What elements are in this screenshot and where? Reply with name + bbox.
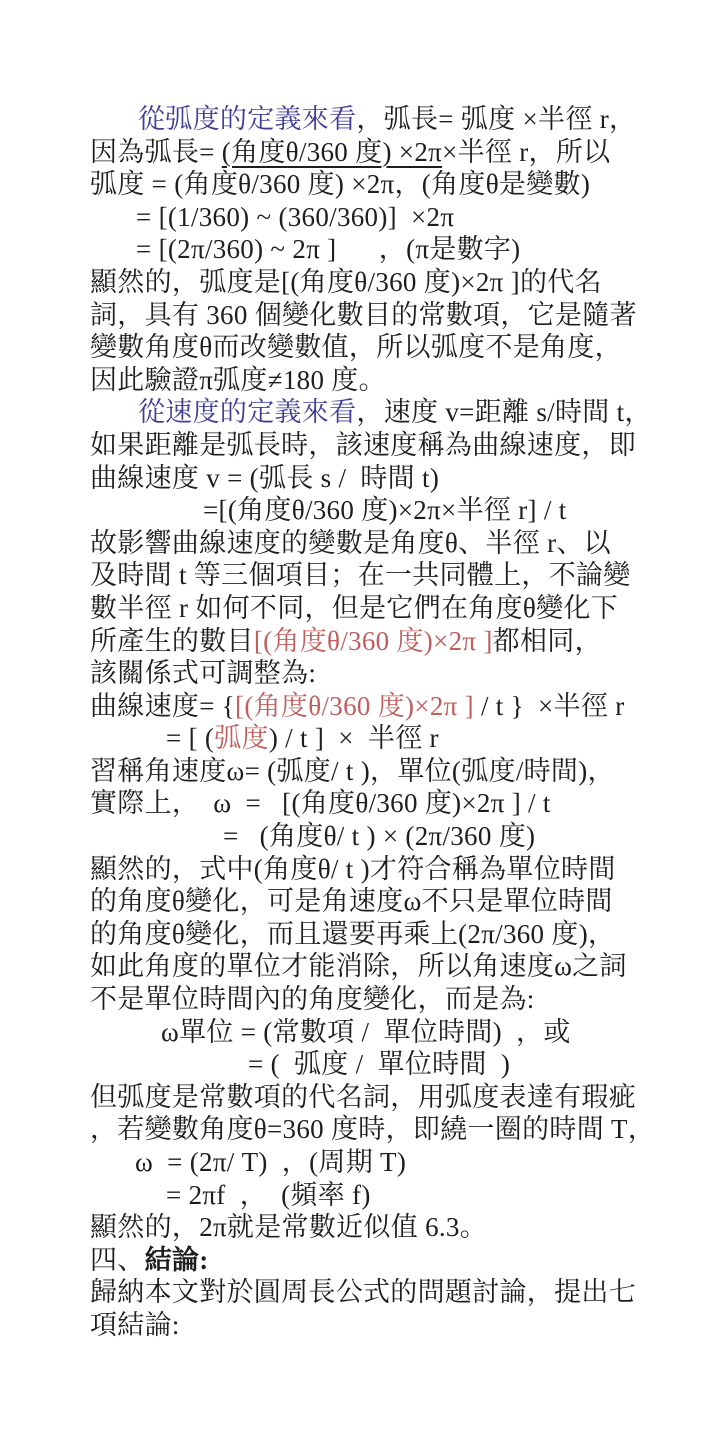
text-line: 因為弧長= (角度θ/360 度) ×2π×半徑 r，所以 xyxy=(90,136,670,169)
text-segment: 及時間 t 等三個項目；在一共同體上，不論變 xyxy=(90,560,631,590)
text-segment: ) / t ] × 半徑 r xyxy=(269,723,439,753)
text-line: 四、結論: xyxy=(90,1244,670,1277)
text-segment: 曲線速度 v = (弧長 s / 時間 t) xyxy=(90,463,439,493)
text-segment: ω = (2π/ T) ，(周期 T) xyxy=(135,1147,406,1177)
text-segment: 該關係式可調整為: xyxy=(90,658,316,688)
text-segment: 習稱角速度ω= (弧度/ t )，單位(弧度/時間)， xyxy=(90,756,615,786)
text-line: = [ (弧度) / t ] × 半徑 r xyxy=(90,722,670,755)
text-line: 該關係式可調整為: xyxy=(90,657,670,690)
text-segment: 弧度 = (角度θ/360 度) ×2π，(角度θ是變數) xyxy=(90,169,590,199)
text-segment: / t } ×半徑 r xyxy=(474,691,625,721)
text-segment: 變數角度θ而改變數值，所以弧度不是角度， xyxy=(90,332,622,362)
highlighted-text: 從弧度的定義來看 xyxy=(138,104,356,134)
text-line: = [(1/360) ~ (360/360)] ×2π xyxy=(90,201,670,234)
text-line: 曲線速度= {[(角度θ/360 度)×2π ] / t } ×半徑 r xyxy=(90,690,670,723)
text-line: 因此驗證π弧度≠180 度。 xyxy=(90,364,670,397)
text-segment: 實際上， ω = [(角度θ/360 度)×2π ] / t xyxy=(90,788,551,818)
text-segment: 顯然的，2π就是常數近似值 6.3。 xyxy=(90,1212,487,1242)
text-segment: = [(2π/360) ~ 2π ] ，(π是數字) xyxy=(136,234,520,264)
text-line: 的角度θ變化，可是角速度ω不只是單位時間 xyxy=(90,885,670,918)
text-line: 項結論: xyxy=(90,1309,670,1342)
text-segment: =[(角度θ/360 度)×2π×半徑 r] / t xyxy=(203,495,567,525)
text-segment: 都相同， xyxy=(493,626,602,656)
text-segment: = [ ( xyxy=(166,723,214,753)
text-segment: = (角度θ/ t ) × (2π/360 度) xyxy=(223,821,535,851)
text-segment: 但弧度是常數項的代名詞，用弧度表達有瑕疵 xyxy=(90,1082,636,1112)
text-line: 習稱角速度ω= (弧度/ t )，單位(弧度/時間)， xyxy=(90,755,670,788)
text-line: 不是單位時間內的角度變化，而是為: xyxy=(90,983,670,1016)
text-line: = 2πf ， (頻率 f) xyxy=(90,1179,670,1212)
text-segment: 顯然的，弧度是[(角度θ/360 度)×2π ]的代名 xyxy=(90,267,602,297)
text-line: 數半徑 r 如何不同，但是它們在角度θ變化下 xyxy=(90,592,670,625)
text-line: = ( 弧度 / 單位時間 ) xyxy=(90,1048,670,1081)
text-line: ，若變數角度θ=360 度時，即繞一圈的時間 T， xyxy=(90,1113,670,1146)
text-segment: 因為弧長= xyxy=(90,137,222,167)
text-segment: 曲線速度= { xyxy=(90,691,235,721)
text-line: 及時間 t 等三個項目；在一共同體上，不論變 xyxy=(90,559,670,592)
text-line: ω單位 = (常數項 / 單位時間) ，或 xyxy=(90,1016,670,1049)
highlighted-text: [(角度θ/360 度)×2π ] xyxy=(254,626,493,656)
highlighted-text: 從速度的定義來看 xyxy=(138,397,356,427)
text-line: 所產生的數目[(角度θ/360 度)×2π ]都相同， xyxy=(90,625,670,658)
text-line: ω = (2π/ T) ，(周期 T) xyxy=(90,1146,670,1179)
text-line: 詞，具有 360 個變化數目的常數項，它是隨著 xyxy=(90,299,670,332)
text-segment: = [(1/360) ~ (360/360)] ×2π xyxy=(136,202,454,232)
text-line: 歸納本文對於圓周長公式的問題討論，提出七 xyxy=(90,1276,670,1309)
text-segment: 因此驗證π弧度≠180 度。 xyxy=(90,365,386,395)
text-line: 從速度的定義來看，速度 v=距離 s/時間 t， xyxy=(90,396,670,429)
text-line: 如果距離是弧長時，該速度稱為曲線速度，即 xyxy=(90,429,670,462)
text-line: 但弧度是常數項的代名詞，用弧度表達有瑕疵 xyxy=(90,1081,670,1114)
text-segment: = ( 弧度 / 單位時間 ) xyxy=(248,1049,510,1079)
text-line: 顯然的，式中(角度θ/ t )才符合稱為單位時間 xyxy=(90,853,670,886)
highlighted-text: 弧度 xyxy=(214,723,269,753)
text-line: 如此角度的單位才能消除，所以角速度ω之詞 xyxy=(90,950,670,983)
text-segment: 數半徑 r 如何不同，但是它們在角度θ變化下 xyxy=(90,593,618,623)
text-line: =[(角度θ/360 度)×2π×半徑 r] / t xyxy=(90,494,670,527)
text-segment: 詞，具有 360 個變化數目的常數項，它是隨著 xyxy=(90,300,637,330)
text-line: 顯然的，2π就是常數近似值 6.3。 xyxy=(90,1211,670,1244)
text-segment: 項結論: xyxy=(90,1310,180,1340)
text-segment: 結論: xyxy=(145,1245,209,1275)
text-line: 實際上， ω = [(角度θ/360 度)×2π ] / t xyxy=(90,787,670,820)
text-segment: 四、 xyxy=(90,1245,145,1275)
text-line: 弧度 = (角度θ/360 度) ×2π，(角度θ是變數) xyxy=(90,168,670,201)
text-line: 從弧度的定義來看，弧長= 弧度 ×半徑 r， xyxy=(90,103,670,136)
text-segment: (角度θ/360 度) ×2π xyxy=(222,137,442,167)
text-segment: ，若變數角度θ=360 度時，即繞一圈的時間 T， xyxy=(90,1114,655,1144)
text-segment: 的角度θ變化，而且還要再乘上(2π/360 度)， xyxy=(90,919,615,949)
text-line: = [(2π/360) ~ 2π ] ，(π是數字) xyxy=(90,233,670,266)
text-segment: 所產生的數目 xyxy=(90,626,254,656)
text-segment: 故影響曲線速度的變數是角度θ、半徑 r、以 xyxy=(90,528,611,558)
text-line: 變數角度θ而改變數值，所以弧度不是角度， xyxy=(90,331,670,364)
document-page: 從弧度的定義來看，弧長= 弧度 ×半徑 r，因為弧長= (角度θ/360 度) … xyxy=(0,0,718,1442)
text-segment: ω單位 = (常數項 / 單位時間) ，或 xyxy=(161,1017,571,1047)
text-line: 的角度θ變化，而且還要再乘上(2π/360 度)， xyxy=(90,918,670,951)
document-lines: 從弧度的定義來看，弧長= 弧度 ×半徑 r，因為弧長= (角度θ/360 度) … xyxy=(90,103,670,1342)
text-segment: ×半徑 r，所以 xyxy=(442,137,610,167)
text-segment: = 2πf ， (頻率 f) xyxy=(166,1180,371,1210)
text-segment: 的角度θ變化，可是角速度ω不只是單位時間 xyxy=(90,886,613,916)
text-segment: 如果距離是弧長時，該速度稱為曲線速度，即 xyxy=(90,430,636,460)
text-segment: ，弧長= 弧度 ×半徑 r， xyxy=(356,104,636,134)
text-line: 顯然的，弧度是[(角度θ/360 度)×2π ]的代名 xyxy=(90,266,670,299)
text-segment: 不是單位時間內的角度變化，而是為: xyxy=(90,984,535,1014)
text-line: = (角度θ/ t ) × (2π/360 度) xyxy=(90,820,670,853)
text-segment: ，速度 v=距離 s/時間 t， xyxy=(356,397,651,427)
text-segment: 如此角度的單位才能消除，所以角速度ω之詞 xyxy=(90,951,627,981)
text-line: 故影響曲線速度的變數是角度θ、半徑 r、以 xyxy=(90,527,670,560)
text-line: 曲線速度 v = (弧長 s / 時間 t) xyxy=(90,462,670,495)
highlighted-text: [(角度θ/360 度)×2π ] xyxy=(235,691,474,721)
text-segment: 歸納本文對於圓周長公式的問題討論，提出七 xyxy=(90,1277,636,1307)
text-segment: 顯然的，式中(角度θ/ t )才符合稱為單位時間 xyxy=(90,854,616,884)
